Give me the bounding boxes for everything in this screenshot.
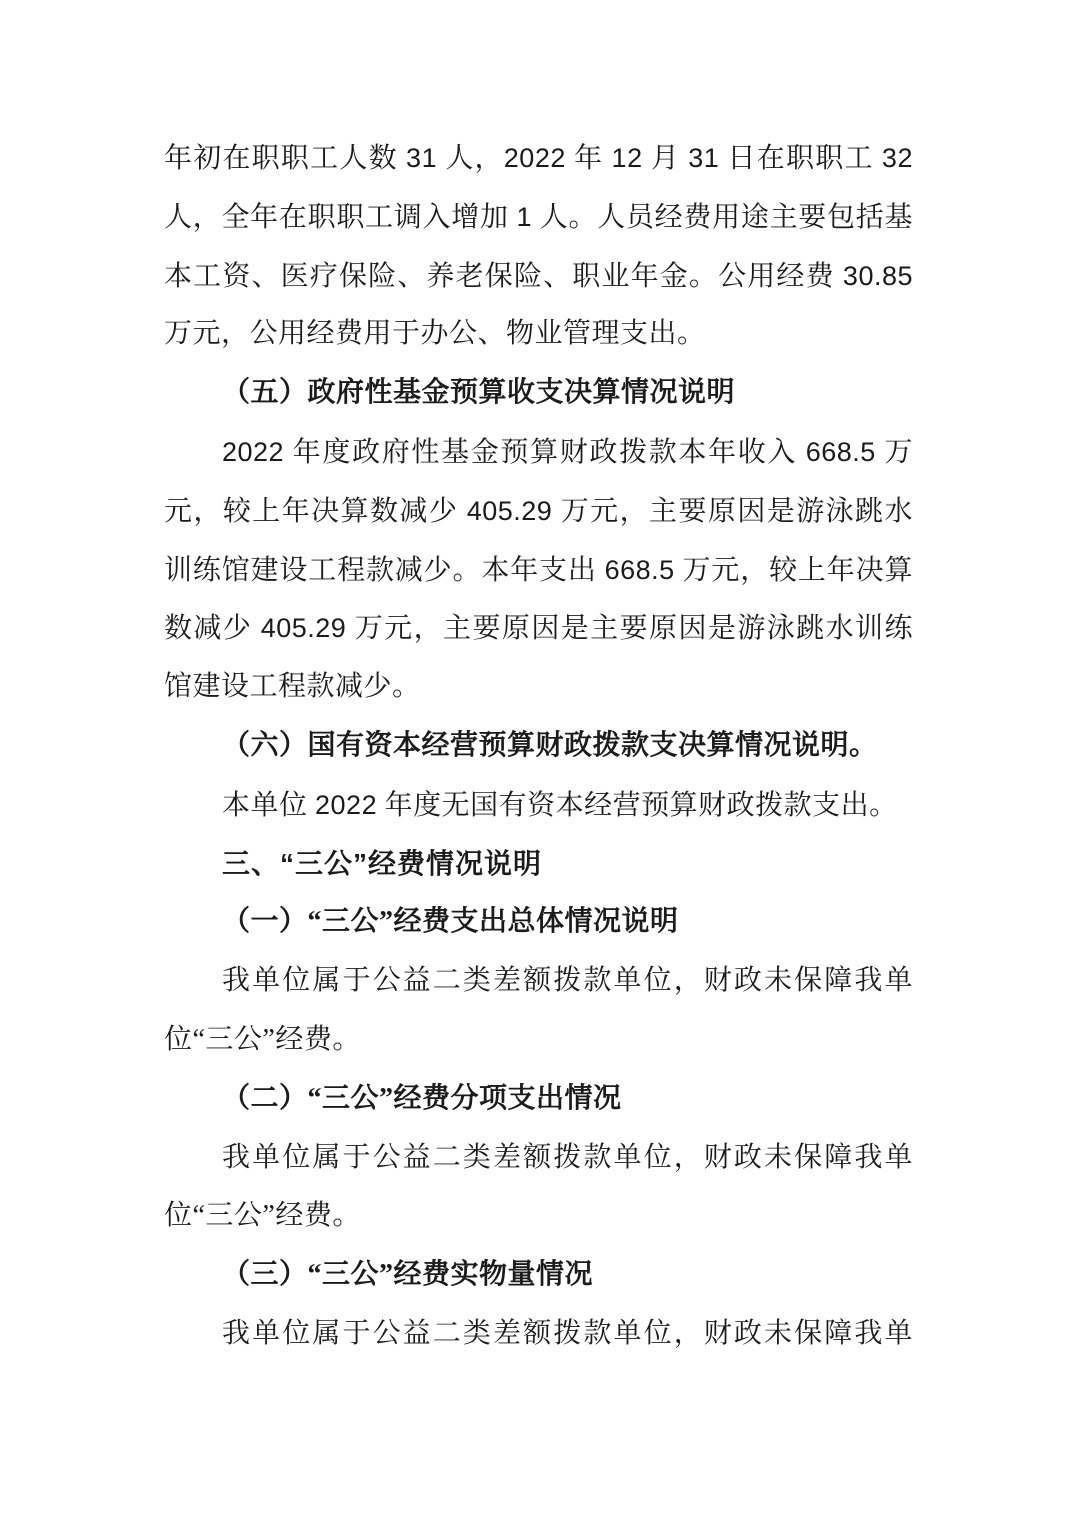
numeral: 2022 (222, 437, 284, 467)
document-line: 我单位属于公益二类差额拨款单位，财政未保障我单 (164, 952, 913, 1011)
document-line: （六）国有资本经营预算财政拨款支决算情况说明。 (164, 717, 913, 776)
numeral: 668.5 (806, 437, 876, 467)
numeral: 30.85 (843, 261, 913, 291)
document-line: 万元，公用经费用于办公、物业管理支出。 (164, 305, 913, 364)
document-line: 训练馆建设工程款减少。本年支出 668.5 万元，较上年决算 (164, 541, 913, 600)
document-line: 元，较上年决算数减少 405.29 万元，主要原因是游泳跳水 (164, 482, 913, 541)
document-line: 我单位属于公益二类差额拨款单位，财政未保障我单 (164, 1305, 913, 1364)
numeral: 31 (688, 143, 719, 173)
document-line: （三）“三公”经费实物量情况 (164, 1246, 913, 1305)
document-line: 馆建设工程款减少。 (164, 658, 913, 717)
document-body: 年初在职职工人数 31 人，2022 年 12 月 31 日在职职工 32人，全… (164, 129, 913, 1364)
numeral: 32 (882, 143, 913, 173)
document-line: 位“三公”经费。 (164, 1011, 913, 1070)
document-line: （一）“三公”经费支出总体情况说明 (164, 893, 913, 952)
numeral: 1 (516, 202, 532, 232)
numeral: 405.29 (261, 613, 347, 643)
numeral: 405.29 (467, 496, 553, 526)
document-line: （五）政府性基金预算收支决算情况说明 (164, 364, 913, 423)
document-line: 三、“三公”经费情况说明 (164, 835, 913, 894)
document-line: 我单位属于公益二类差额拨款单位，财政未保障我单 (164, 1129, 913, 1188)
numeral: 2022 (504, 143, 566, 173)
document-line: （二）“三公”经费分项支出情况 (164, 1070, 913, 1129)
numeral: 12 (612, 143, 643, 173)
document-line: 2022 年度政府性基金预算财政拨款本年收入 668.5 万 (164, 423, 913, 482)
document-line: 人，全年在职职工调入增加 1 人。人员经费用途主要包括基 (164, 188, 913, 247)
document-line: 本单位 2022 年度无国有资本经营预算财政拨款支出。 (164, 776, 913, 835)
document-line: 数减少 405.29 万元，主要原因是主要原因是游泳跳水训练 (164, 599, 913, 658)
numeral: 2022 (315, 790, 377, 820)
document-line: 年初在职职工人数 31 人，2022 年 12 月 31 日在职职工 32 (164, 129, 913, 188)
document-line: 位“三公”经费。 (164, 1187, 913, 1246)
numeral: 31 (406, 143, 437, 173)
numeral: 668.5 (605, 555, 675, 585)
document-line: 本工资、医疗保险、养老保险、职业年金。公用经费 30.85 (164, 247, 913, 306)
document-page: 年初在职职工人数 31 人，2022 年 12 月 31 日在职职工 32人，全… (0, 0, 1075, 1520)
